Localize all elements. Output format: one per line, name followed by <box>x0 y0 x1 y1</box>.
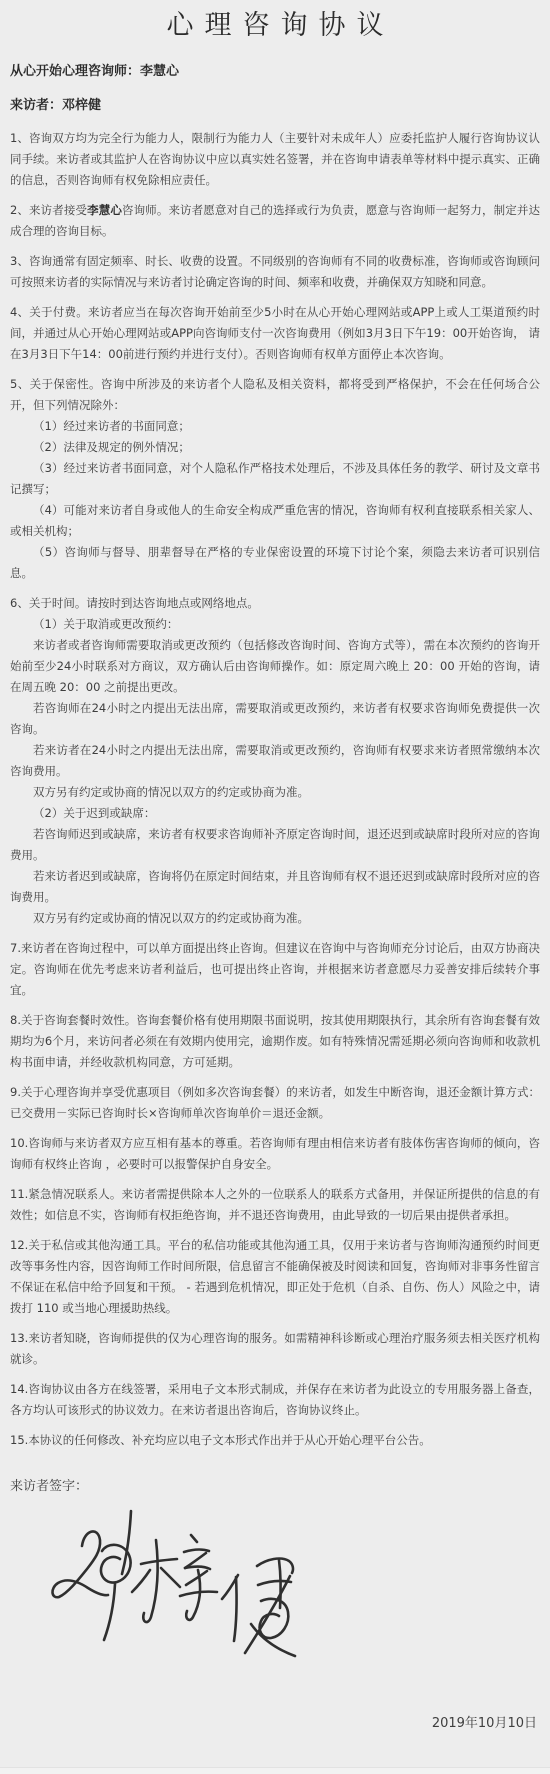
paragraph: （5）咨询师与督导、朋辈督导在严格的专业保密设置的环境下讨论个案，须隐去来访者可… <box>10 542 540 584</box>
agreement-page: 心理咨询协议 从心开始心理咨询师：李慧心 来访者：邓梓健 1、咨询双方均为完全行… <box>0 0 550 1774</box>
paragraph: 1、咨询双方均为完全行为能力人，限制行为能力人（主要针对未成年人）应委托监护人履… <box>10 128 540 191</box>
paragraph: （3）经过来访者书面同意，对个人隐私作严格技术处理后，不涉及具体任务的教学、研讨… <box>10 458 540 500</box>
paragraph: （1）经过来访者的书面同意； <box>10 416 540 437</box>
paragraph: 5、关于保密性。咨询中所涉及的来访者个人隐私及相关资料，都将受到严格保护，不会在… <box>10 374 540 416</box>
paragraph: （1）关于取消或更改预约： <box>10 614 540 635</box>
visitor-signature-drawing <box>45 1500 305 1670</box>
paragraph: （2）关于迟到或缺席： <box>10 803 540 824</box>
paragraph: 6、关于时间。请按时到达咨询地点或网络地点。 <box>10 593 540 614</box>
bottom-divider <box>0 1767 550 1774</box>
paragraph: 7.来访者在咨询过程中，可以单方面提出终止咨询。但建议在咨询中与咨询师充分讨论后… <box>10 938 540 1001</box>
visitor-signature <box>45 1500 540 1672</box>
document-body: 1、咨询双方均为完全行为能力人，限制行为能力人（主要针对未成年人）应委托监护人履… <box>10 128 540 1451</box>
paragraph: 若咨询师迟到或缺席，来访者有权要求咨询师补齐原定咨询时间，退还迟到或缺席时段所对… <box>10 824 540 866</box>
paragraph: 10.咨询师与来访者双方应互相有基本的尊重。若咨询师有理由相信来访者有肢体伤害咨… <box>10 1133 540 1175</box>
visitor-line: 来访者：邓梓健 <box>10 96 540 115</box>
paragraph: 14.咨询协议由各方在线签署，采用电子文本形式制成，并保存在来访者为此设立的专用… <box>10 1379 540 1421</box>
paragraph: 9.关于心理咨询并享受优惠项目（例如多次咨询套餐）的来访者，如发生中断咨询，退还… <box>10 1082 540 1124</box>
paragraph: 4、关于付费。来访者应当在每次咨询开始前至少5小时在从心开始心理网站或APP上或… <box>10 302 540 365</box>
page-title: 心理咨询协议 <box>10 0 540 45</box>
paragraph: 13.来访者知晓，咨询师提供的仅为心理咨询的服务。如需精神科诊断或心理治疗服务须… <box>10 1328 540 1370</box>
paragraph: 来访者或者咨询师需要取消或更改预约（包括修改咨询时间、咨询方式等），需在本次预约… <box>10 635 540 698</box>
signature-label: 来访者签字： <box>10 1477 540 1496</box>
paragraph: 12.关于私信或其他沟通工具。平台的私信功能或其他沟通工具，仅用于来访者与咨询师… <box>10 1235 540 1319</box>
paragraph: 双方另有约定或协商的情况以双方的约定或协商为准。 <box>10 908 540 929</box>
paragraph: 3、咨询通常有固定频率、时长、收费的设置。不同级别的咨询师有不同的收费标准，咨询… <box>10 251 540 293</box>
paragraph: 若咨询师在24小时之内提出无法出席，需要取消或更改预约，来访者有权要求咨询师免费… <box>10 698 540 740</box>
paragraph: 双方另有约定或协商的情况以双方的约定或协商为准。 <box>10 782 540 803</box>
paragraph: 11.紧急情况联系人。来访者需提供除本人之外的一位联系人的联系方式备用，并保证所… <box>10 1184 540 1226</box>
paragraph: 15.本协议的任何修改、补充均应以电子文本形式作出并于从心开始心理平台公告。 <box>10 1430 540 1451</box>
agreement-date: 2019年10月10日 <box>10 1714 540 1733</box>
paragraph: 若来访者迟到或缺席，咨询将仍在原定时间结束，并且咨询师有权不退还迟到或缺席时段所… <box>10 866 540 908</box>
paragraph: 8.关于咨询套餐时效性。咨询套餐价格有使用期限书面说明，按其使用期限执行，其余所… <box>10 1010 540 1073</box>
paragraph: 若来访者在24小时之内提出无法出席，需要取消或更改预约，咨询师有权要求来访者照常… <box>10 740 540 782</box>
paragraph: 2、来访者接受李慧心咨询师。来访者愿意对自己的选择或行为负责，愿意与咨询师一起努… <box>10 200 540 242</box>
agreement-content: 心理咨询协议 从心开始心理咨询师：李慧心 来访者：邓梓健 1、咨询双方均为完全行… <box>0 0 550 1733</box>
counselor-line: 从心开始心理咨询师：李慧心 <box>10 62 540 81</box>
paragraph: （4）可能对来访者自身或他人的生命安全构成严重危害的情况，咨询师有权利直接联系相… <box>10 500 540 542</box>
paragraph: （2）法律及规定的例外情况； <box>10 437 540 458</box>
